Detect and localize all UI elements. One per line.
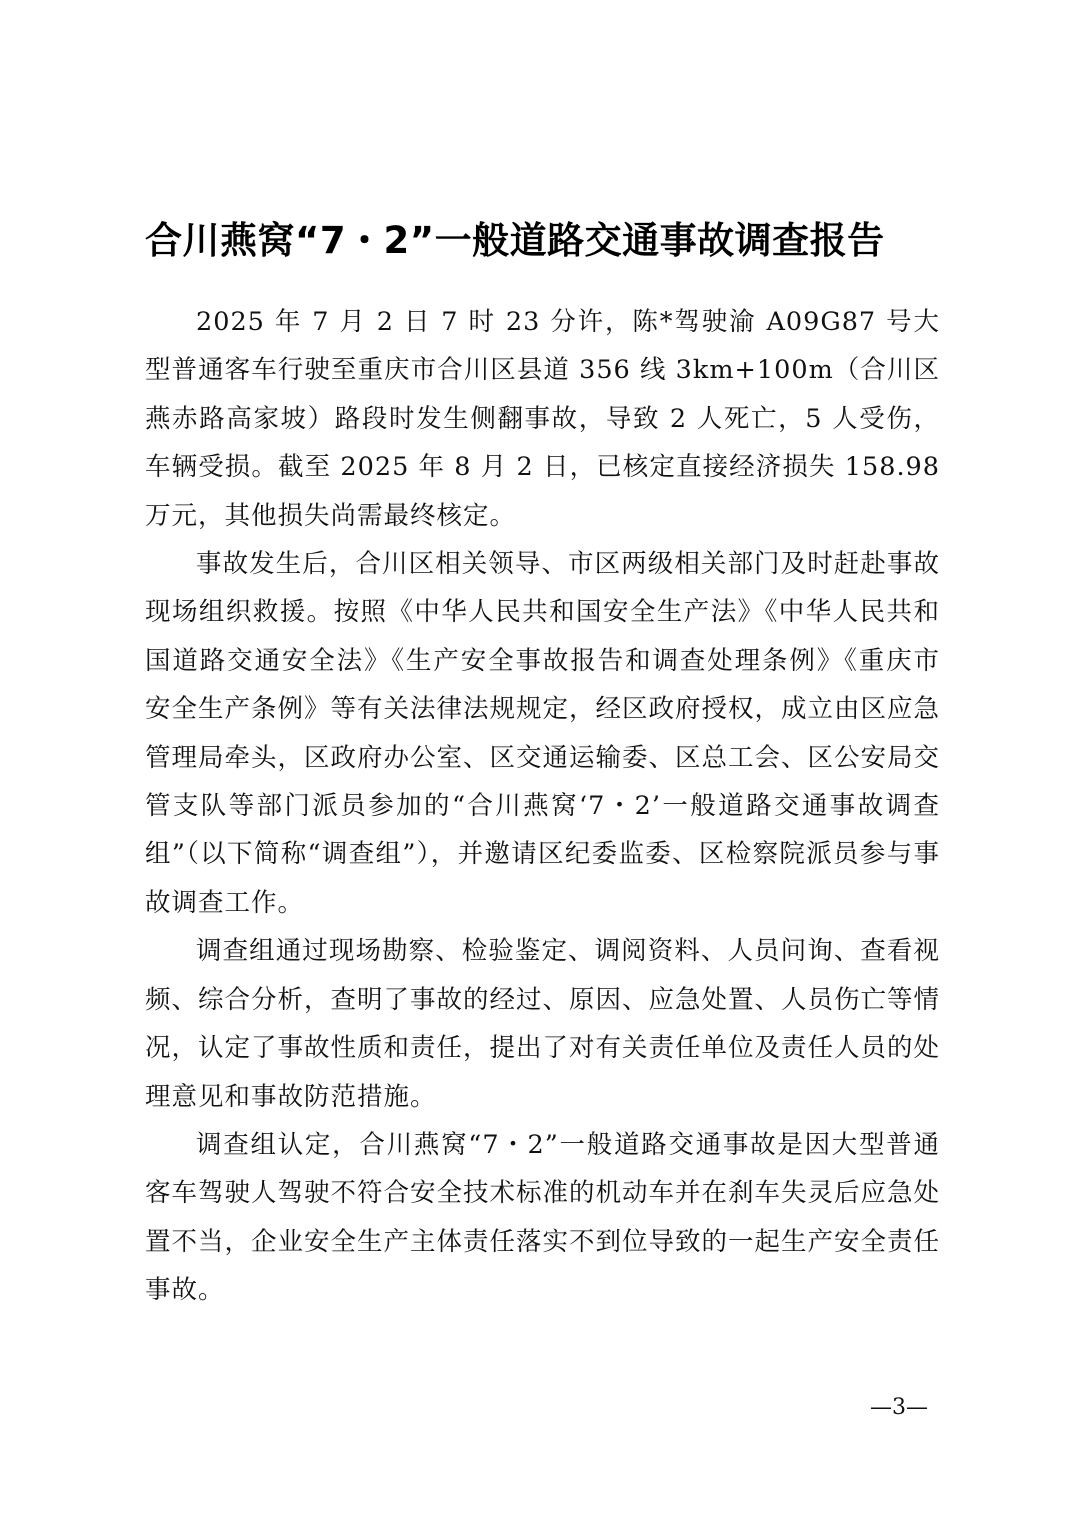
paragraph-investigation-findings: 调查组通过现场勘察、检验鉴定、调阅资料、人员问询、查看视频、综合分析，查明了事故… [145,927,940,1121]
document-page: 合川燕窝“7・2”一般道路交通事故调查报告 2025 年 7 月 2 日 7 时… [0,0,1074,1520]
paragraph-conclusion: 调查组认定，合川燕窝“7・2”一般道路交通事故是因大型普通客车驾驶人驾驶不符合安… [145,1121,940,1315]
document-title: 合川燕窝“7・2”一般道路交通事故调查报告 [145,213,945,269]
document-body: 2025 年 7 月 2 日 7 时 23 分许，陈*驾驶渝 A09G87 号大… [145,298,940,1315]
paragraph-accident-summary: 2025 年 7 月 2 日 7 时 23 分许，陈*驾驶渝 A09G87 号大… [145,298,940,540]
page-number: —3— [870,1393,928,1423]
paragraph-investigation-setup: 事故发生后，合川区相关领导、市区两级相关部门及时赶赴事故现场组织救援。按照《中华… [145,540,940,927]
